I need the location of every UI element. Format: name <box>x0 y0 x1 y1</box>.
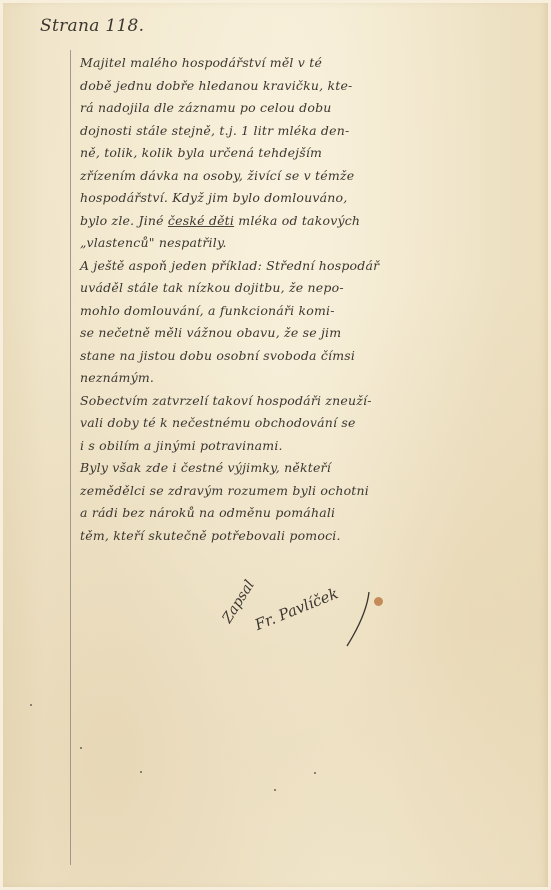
text-line: mohlo domlouvání, a funkcionáři komi- <box>80 300 530 323</box>
handwritten-text-block: Majitel malého hospodářství měl v té dob… <box>80 52 530 547</box>
text-line-with-underline: bylo zle. Jiné české děti mléka od takov… <box>80 210 530 233</box>
paper-speck <box>274 789 276 791</box>
text-line: rá nadojila dle záznamu po celou dobu <box>80 97 530 120</box>
ink-stain <box>374 597 383 606</box>
text-line: zřízením dávka na osoby, živící se v tém… <box>80 165 530 188</box>
text-line: těm, kteří skutečně potřebovali pomoci. <box>80 525 530 548</box>
text-line: vali doby té k nečestnému obchodování se <box>80 412 530 435</box>
text-line: a rádi bez nároků na odměnu pomáhali <box>80 502 530 525</box>
signature-flourish-icon <box>343 590 373 650</box>
paper-speck <box>80 747 82 749</box>
text-line: hospodářství. Když jim bylo domlouváno, <box>80 187 530 210</box>
text-line: dojnosti stále stejně, t.j. 1 litr mléka… <box>80 120 530 143</box>
text-line: Byly však zde i čestné výjimky, někteří <box>80 457 530 480</box>
manuscript-page: Strana 118. Majitel malého hospodářství … <box>0 0 551 890</box>
page-heading: Strana 118. <box>40 16 144 36</box>
text-line: Majitel malého hospodářství měl v té <box>80 52 530 75</box>
paper-speck <box>140 771 142 773</box>
text-line: i s obilím a jinými potravinami. <box>80 435 530 458</box>
text-line: „vlastenců" nespatřily. <box>80 232 530 255</box>
text-line: neznámým. <box>80 367 530 390</box>
text-line: se nečetně měli vážnou obavu, že se jim <box>80 322 530 345</box>
paper-speck <box>30 704 32 706</box>
text-line: době jednu dobře hledanou kravičku, kte- <box>80 75 530 98</box>
text-line: uváděl stále tak nízkou dojitbu, že nepo… <box>80 277 530 300</box>
signature-name: Fr. Pavlíček <box>252 584 341 634</box>
underlined-phrase: české děti <box>168 213 234 228</box>
text-line: zemědělci se zdravým rozumem byli ochotn… <box>80 480 530 503</box>
margin-rule <box>70 50 71 865</box>
signature: Zapsal Fr. Pavlíček <box>225 580 405 650</box>
text-line: stane na jistou dobu osobní svoboda číms… <box>80 345 530 368</box>
text-line: Sobectvím zatvrzelí takoví hospodáři zne… <box>80 390 530 413</box>
paper-speck <box>314 772 316 774</box>
text-line: A ještě aspoň jeden příklad: Střední hos… <box>80 255 530 278</box>
text-line: ně, tolik, kolik byla určená tehdejším <box>80 142 530 165</box>
